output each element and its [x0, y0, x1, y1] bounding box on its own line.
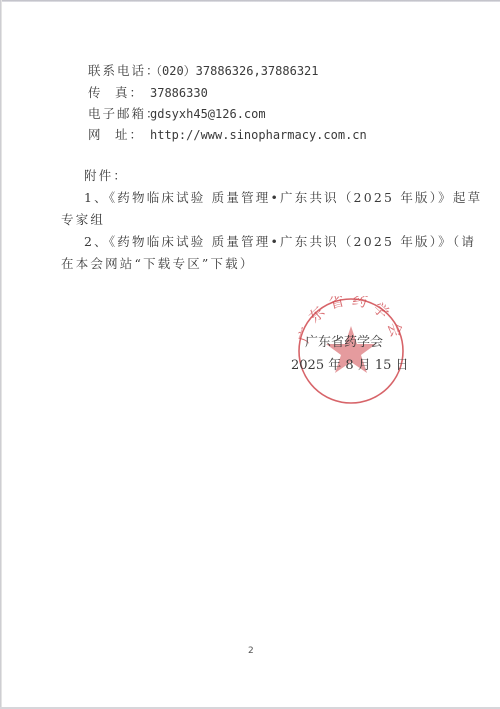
official-seal-icon: 广东省药学会 [296, 296, 406, 406]
attachment-2-line-1: 2、《药物临床试验 质量管理•广东共识（2025 年版）》（请 [84, 234, 476, 250]
contact-email-label: 电子邮箱： [88, 106, 150, 122]
page-edge-left [0, 0, 2, 709]
contact-email: 电子邮箱：gdsyxh45@126.com [88, 106, 266, 122]
contact-phone-value: （020）37886326,37886321 [150, 64, 319, 78]
website-label-char-2: 址： [115, 127, 144, 143]
contact-fax-value: 37886330 [150, 86, 208, 100]
contact-website: 网址：http://www.sinopharmacy.com.cn [88, 127, 367, 143]
contact-email-value: gdsyxh45@126.com [150, 107, 266, 121]
website-label-char-1: 网 [88, 127, 103, 143]
contact-phone: 联系电话：（020）37886326,37886321 [88, 63, 319, 79]
signature-organization: 广东省药学会 [305, 335, 383, 351]
attachment-1-line-1: 1、《药物临床试验 质量管理•广东共识（2025 年版）》起草 [84, 190, 482, 206]
attachments-heading: 附件： [84, 168, 128, 184]
page-edge-top [0, 0, 500, 2]
fax-label-char-1: 传 [88, 85, 103, 101]
contact-fax-label: 传真： [88, 85, 144, 101]
fax-label-char-2: 真： [115, 85, 144, 101]
contact-website-label: 网址： [88, 127, 144, 143]
contact-website-value: http://www.sinopharmacy.com.cn [150, 128, 367, 142]
attachment-1-line-2: 专家组 [61, 212, 105, 228]
signature-date: 2025 年 8 月 15 日 [291, 358, 409, 374]
contact-phone-label: 联系电话： [88, 63, 150, 79]
contact-fax: 传真：37886330 [88, 85, 208, 101]
attachment-2-line-2: 在本会网站“下载专区”下载） [61, 256, 255, 272]
page-number: 2 [248, 646, 254, 656]
